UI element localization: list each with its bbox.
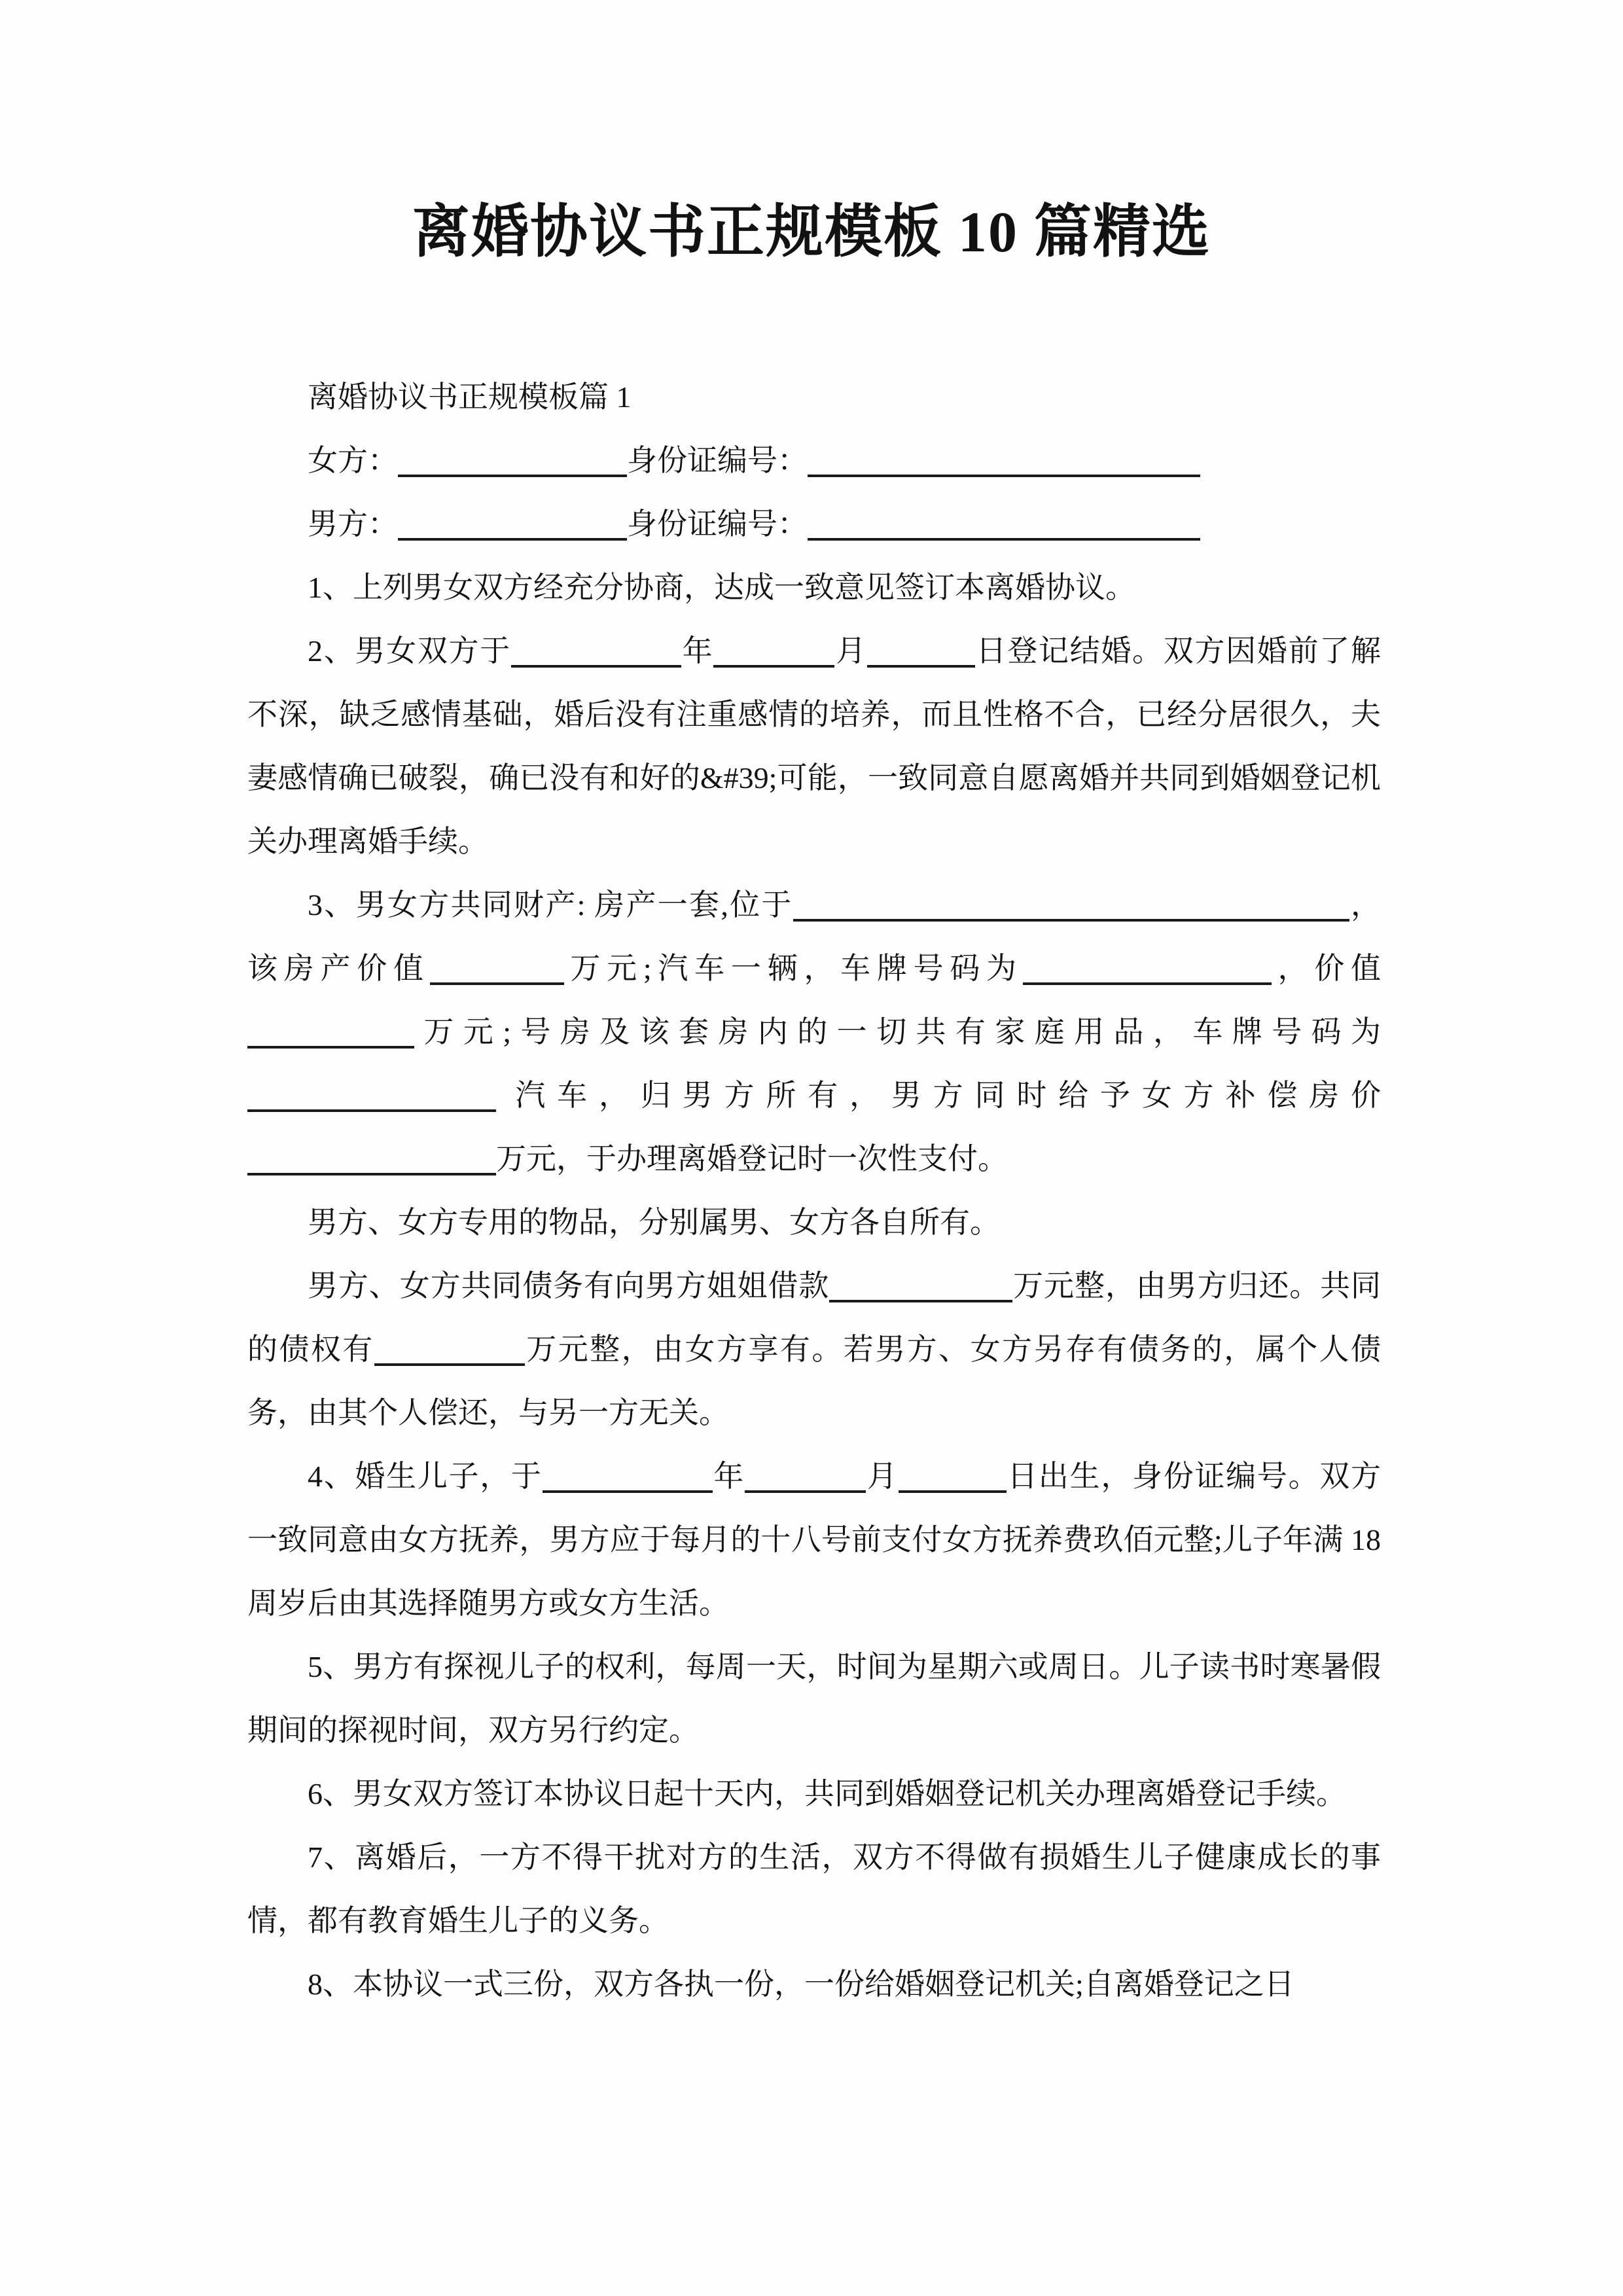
fill-in-blank xyxy=(398,513,627,541)
text-run: 离婚协议书正规模板篇 1 xyxy=(308,380,632,414)
text-run: 日登记结婚。双方因婚前了解不深，缺乏感情基础，婚后没有注重感情的培养，而且性格不… xyxy=(247,634,1381,858)
text-run: ，价值 xyxy=(1272,952,1381,985)
fill-in-blank xyxy=(398,450,627,477)
clause-8: 8、本协议一式三份，双方各执一份，一份给婚姻登记机关;自离婚登记之日 xyxy=(247,1952,1381,2016)
fill-in-blank xyxy=(899,1465,1007,1493)
text-run: 5、男方有探视儿子的权利，每周一天，时间为星期六或周日。儿子读书时寒暑假期间的探… xyxy=(247,1650,1381,1747)
fill-in-blank xyxy=(247,1085,496,1112)
text-run: 1、上列男女双方经充分协商，达成一致意见签订本离婚协议。 xyxy=(308,571,1135,604)
text-run: 身份证编号： xyxy=(627,507,808,541)
text-run: 汽车，归男方所有，男方同时给予女方补偿房价 xyxy=(496,1079,1381,1112)
fill-in-blank xyxy=(1023,958,1272,985)
document-title: 离婚协议书正规模板 10 篇精选 xyxy=(0,0,1623,267)
clause-4: 4、婚生儿子，于年月日出生，身份证编号。双方一致同意由女方抚养，男方应于每月的十… xyxy=(247,1444,1381,1635)
debts-clause: 男方、女方共同债务有向男方姐姐借款万元整，由男方归还。共同的债权有万元整，由女方… xyxy=(247,1254,1381,1444)
fill-in-blank xyxy=(808,513,1200,541)
document-page: 离婚协议书正规模板 10 篇精选 离婚协议书正规模板篇 1女方：身份证编号：男方… xyxy=(0,0,1623,2296)
text-run: 万元，于办理离婚登记时一次性支付。 xyxy=(496,1142,1008,1175)
fill-in-blank xyxy=(745,1465,866,1493)
text-run: 男方、女方共同债务有向男方姐姐借款 xyxy=(308,1269,829,1302)
text-run: 年 xyxy=(713,1460,745,1493)
fill-in-blank xyxy=(511,640,681,668)
text-run: 男方： xyxy=(308,507,398,541)
fill-in-blank xyxy=(793,894,1349,922)
text-run: 月 xyxy=(866,1460,898,1493)
fill-in-blank xyxy=(247,1021,414,1049)
fill-in-blank xyxy=(430,958,564,985)
text-run: 8、本协议一式三份，双方各执一份，一份给婚姻登记机关;自离婚登记之日 xyxy=(308,1967,1294,2001)
text-run: 男方、女方专用的物品，分别属男、女方各自所有。 xyxy=(308,1206,1000,1239)
fill-in-blank xyxy=(374,1338,525,1366)
fill-in-blank xyxy=(808,450,1200,477)
clause-1: 1、上列男女双方经充分协商，达成一致意见签订本离婚协议。 xyxy=(247,556,1381,619)
text-run: 4、婚生儿子，于 xyxy=(308,1460,543,1493)
clause-6: 6、男女双方签订本协议日起十天内，共同到婚姻登记机关办理离婚登记手续。 xyxy=(247,1762,1381,1825)
clause-3: 3、男女方共同财产: 房产一套,位于，该房产价值万元;汽车一辆，车牌号码为，价值… xyxy=(247,873,1381,1191)
text-run: 2、男女双方于 xyxy=(308,634,511,668)
text-run: 6、男女双方签订本协议日起十天内，共同到婚姻登记机关办理离婚登记手续。 xyxy=(308,1777,1346,1810)
text-run: 身份证编号： xyxy=(627,444,808,477)
section-heading: 离婚协议书正规模板篇 1 xyxy=(247,365,1381,429)
text-run: 7、离婚后，一方不得干扰对方的生活，双方不得做有损婚生儿子健康成长的事情，都有教… xyxy=(247,1840,1381,1937)
text-run: 女方： xyxy=(308,444,398,477)
fill-in-blank xyxy=(247,1148,496,1175)
text-run: 3、男女方共同财产: 房产一套,位于 xyxy=(308,888,793,922)
fill-in-blank xyxy=(829,1275,1012,1302)
text-run: 月 xyxy=(834,634,866,668)
fill-in-blank xyxy=(543,1465,713,1493)
clause-5: 5、男方有探视儿子的权利，每周一天，时间为星期六或周日。儿子读书时寒暑假期间的探… xyxy=(247,1635,1381,1762)
text-run: 万元;号房及该套房内的一切共有家庭用品，车牌号码为 xyxy=(414,1015,1381,1049)
personal-items-clause: 男方、女方专用的物品，分别属男、女方各自所有。 xyxy=(247,1191,1381,1254)
text-run: 年 xyxy=(681,634,713,668)
fill-in-blank xyxy=(867,640,975,668)
man-identity-row: 男方：身份证编号： xyxy=(247,492,1381,556)
clause-2: 2、男女双方于年月日登记结婚。双方因婚前了解不深，缺乏感情基础，婚后没有注重感情… xyxy=(247,619,1381,873)
fill-in-blank xyxy=(713,640,834,668)
woman-identity-row: 女方：身份证编号： xyxy=(247,429,1381,492)
document-body: 离婚协议书正规模板篇 1女方：身份证编号：男方：身份证编号：1、上列男女双方经充… xyxy=(247,365,1381,2016)
text-run: 万元;汽车一辆，车牌号码为 xyxy=(564,952,1023,985)
clause-7: 7、离婚后，一方不得干扰对方的生活，双方不得做有损婚生儿子健康成长的事情，都有教… xyxy=(247,1825,1381,1952)
